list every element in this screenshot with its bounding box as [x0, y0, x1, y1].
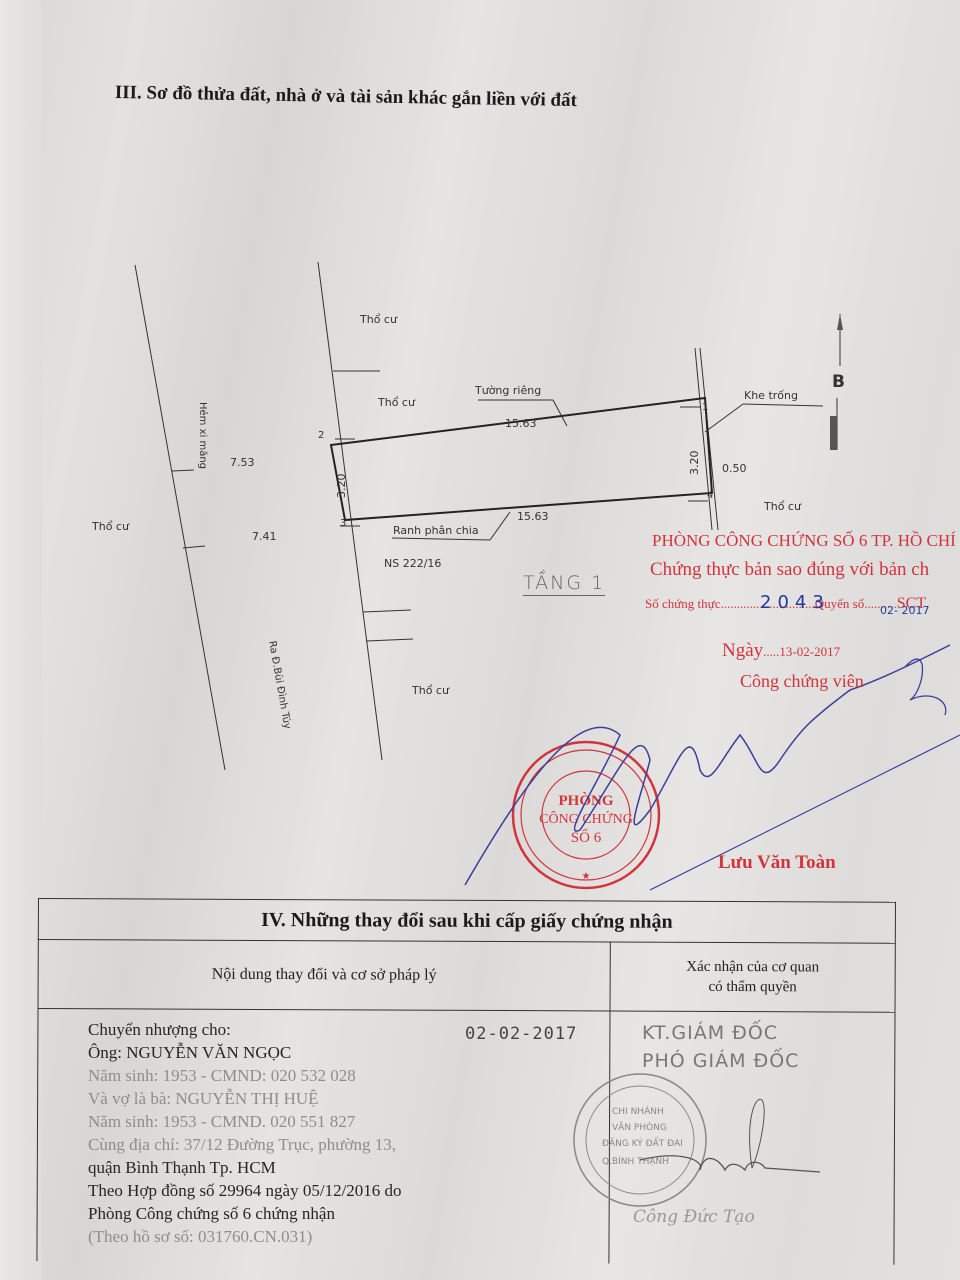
svg-text:CÔNG CHỨNG: CÔNG CHỨNG	[539, 810, 633, 827]
stamp-line-certify: Chứng thực bản sao đúng với bản ch	[650, 559, 929, 581]
dim-gap: 0.50	[722, 462, 747, 475]
dim-alley-top: 7.53	[230, 456, 255, 469]
label-tho-cu-upper: Thổ cư	[378, 396, 415, 409]
vertex-4: 4	[707, 490, 713, 501]
label-private-wall: Tường riêng	[475, 384, 541, 397]
confirm-title-2: PHÓ GIÁM ĐỐC	[642, 1050, 799, 1072]
entry-line: Theo Hợp đồng số 29964 ngày 05/12/2016 d…	[88, 1179, 402, 1202]
dim-alley-bottom: 7.41	[252, 530, 277, 543]
entry-line: Ông: NGUYỄN VĂN NGỌC	[88, 1041, 402, 1064]
entry-lines: Chuyển nhượng cho: Ông: NGUYỄN VĂN NGỌC …	[88, 1018, 402, 1248]
confirm-title-1: KT.GIÁM ĐỐC	[642, 1022, 778, 1044]
cert-number: 2043	[760, 592, 830, 613]
dim-left-edge: 3.20	[335, 474, 348, 499]
entry-line: Và vợ là bà: NGUYỄN THỊ HUỆ	[88, 1087, 402, 1110]
date-label: Ngày	[722, 640, 763, 661]
label-north: B	[832, 372, 845, 392]
entry-line: Chuyển nhượng cho:	[88, 1018, 402, 1041]
label-boundary: Ranh phân chia	[393, 524, 479, 537]
vertex-3: 3	[340, 518, 346, 529]
label-tho-cu-top: Thổ cư	[360, 313, 397, 326]
stamp-date: Ngày.....13-02-2017	[722, 640, 840, 662]
vertex-1: 1	[702, 402, 708, 413]
stamp-role: Công chứng viên	[740, 671, 864, 692]
alley-left-line	[135, 265, 225, 770]
entry-line: Năm sinh: 1953 - CMND: 020 532 028	[88, 1064, 402, 1087]
dim-bottom-edge: 15.63	[517, 510, 549, 523]
date-value: 13-02-2017	[779, 644, 840, 659]
vertex-2: 2	[318, 430, 324, 441]
stamp-line-office: PHÒNG CÔNG CHỨNG SỐ 6 TP. HỒ CHÍ M	[652, 531, 960, 551]
confirm-signer-name: Công Đức Tạo	[633, 1207, 755, 1227]
col-header-content: Nội dung thay đổi và cơ sở pháp lý	[38, 940, 610, 1011]
notary-signer-name: Lưu Văn Toàn	[718, 852, 836, 874]
label-gap: Khe trống	[744, 389, 798, 402]
cert-label: Số chứng thực	[645, 596, 720, 611]
label-house-number: NS 222/16	[384, 557, 441, 570]
label-tho-cu-right: Thổ cư	[764, 500, 801, 513]
section4-title: IV. Những thay đổi sau khi cấp giấy chứn…	[38, 899, 895, 944]
label-alley: Hẻm xi măng	[197, 402, 208, 469]
entry-date: 02-02-2017	[465, 1024, 577, 1044]
label-tho-cu-bottom: Thổ cư	[412, 684, 449, 697]
col-header-confirm: Xác nhận của cơ quan có thẩm quyền	[610, 942, 895, 1012]
book-value: 02- 2017	[880, 604, 929, 617]
entry-line: (Theo hồ sơ số: 031760.CN.031)	[88, 1225, 402, 1248]
dim-top-edge: 15.63	[505, 417, 537, 430]
notary-signature	[465, 645, 950, 885]
entry-line: quận Bình Thạnh Tp. HCM	[88, 1156, 402, 1179]
entry-line: Năm sinh: 1953 - CMND. 020 551 827	[88, 1110, 402, 1133]
entry-line: Cùng địa chỉ: 37/12 Đường Trục, phường 1…	[88, 1133, 402, 1156]
alley-right-line	[318, 262, 382, 760]
dim-right-edge: 3.20	[688, 451, 701, 476]
label-floor: TẦNG 1	[523, 572, 605, 596]
notary-seal: PHÒNG CÔNG CHỨNG SỐ 6 ★	[513, 742, 659, 888]
svg-text:★: ★	[582, 871, 591, 882]
land-plot-diagram: PHÒNG CÔNG CHỨNG SỐ 6 ★	[0, 0, 960, 900]
entry-line: Phòng Công chứng số 6 chứng nhận	[88, 1202, 402, 1225]
label-tho-cu-left: Thổ cư	[92, 520, 129, 533]
